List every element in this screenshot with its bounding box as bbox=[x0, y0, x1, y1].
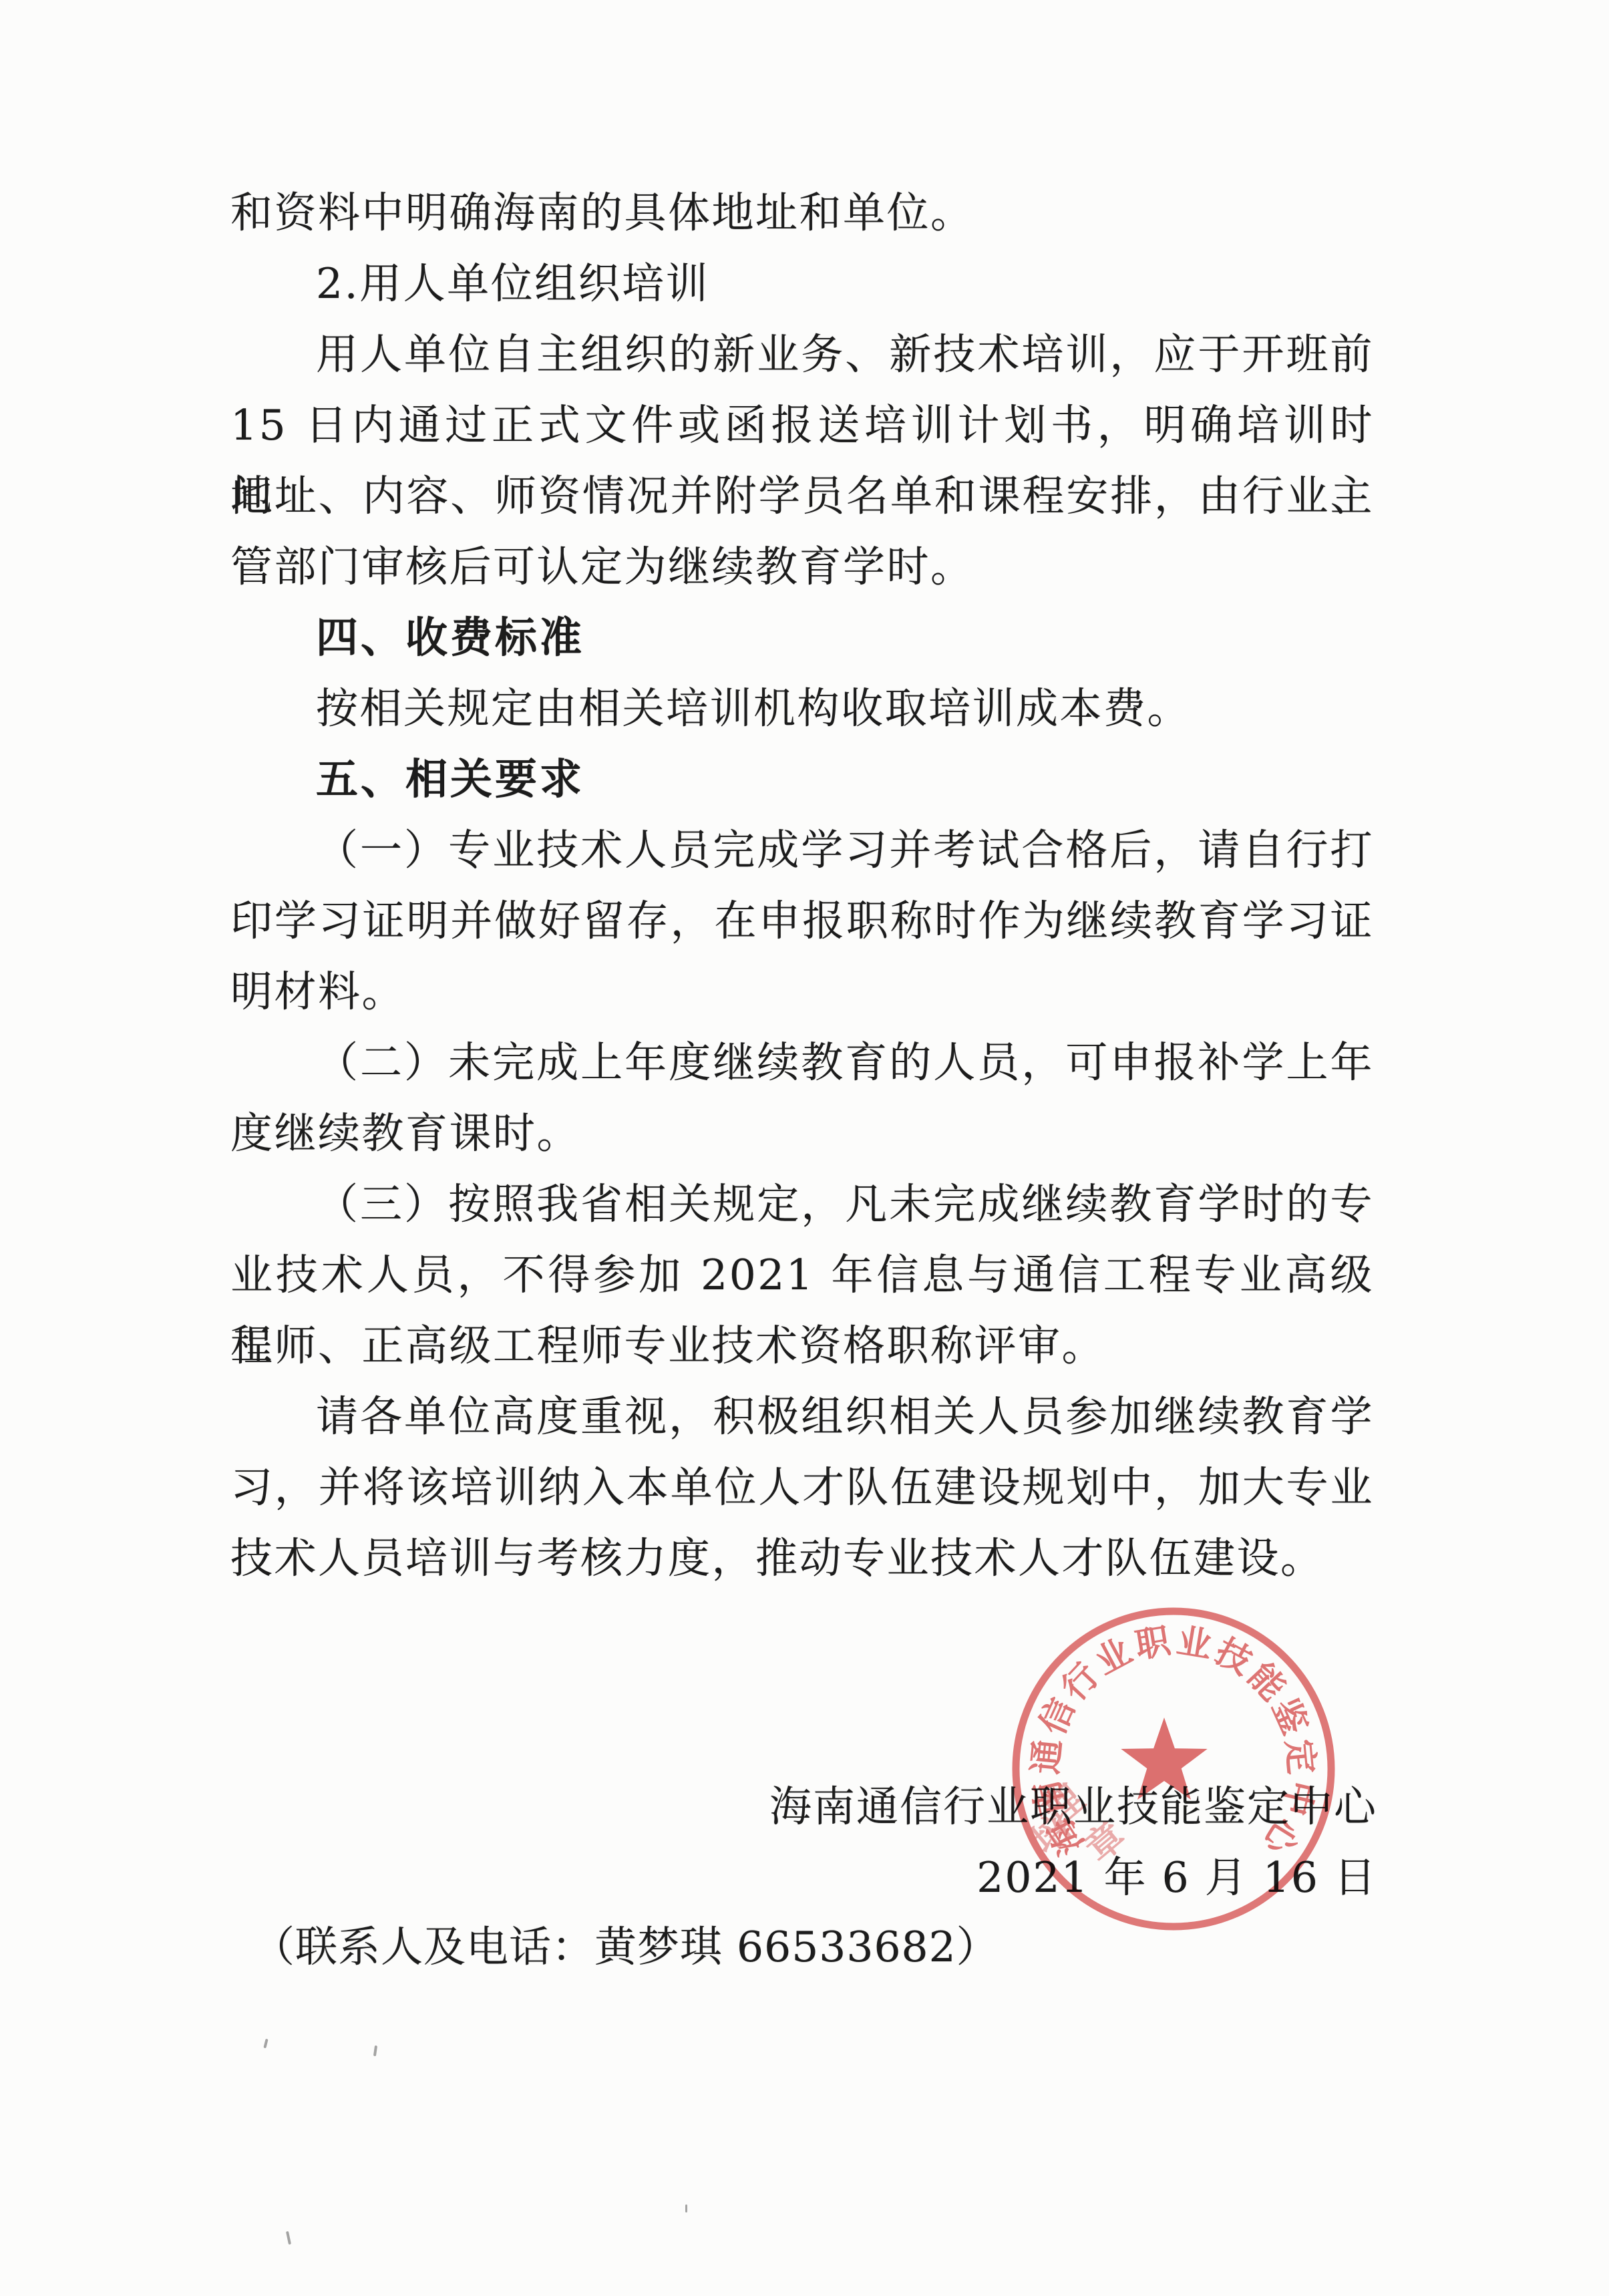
section-heading: 四、收费标准 bbox=[230, 603, 1374, 673]
document-line: （一）专业技术人员完成学习并考试合格后，请自行打 bbox=[230, 815, 1374, 886]
contact-line: （联系人及电话：黄梦琪 66533682） bbox=[252, 1912, 999, 1983]
document-line: （二）未完成上年度继续教育的人员，可申报补学上年 bbox=[230, 1027, 1374, 1098]
official-seal: 海南通信行业职业技能鉴定中心 培理章 bbox=[1007, 1602, 1340, 1936]
document-line: 地址、内容、师资情况并附学员名单和课程安排，由行业主 bbox=[230, 461, 1374, 532]
document-line: 习，并将该培训纳入本单位人才队伍建设规划中，加大专业 bbox=[230, 1452, 1374, 1523]
scanned-document-page: 和资料中明确海南的具体地址和单位。2.用人单位组织培训用人单位自主组织的新业务、… bbox=[0, 0, 1609, 2296]
scan-speck bbox=[685, 2204, 687, 2212]
star-icon bbox=[1121, 1717, 1207, 1800]
svg-text:职: 职 bbox=[1132, 1621, 1174, 1666]
document-line: 度继续教育课时。 bbox=[230, 1098, 1374, 1169]
document-line: 15 日内通过正式文件或函报送培训计划书，明确培训时间、 bbox=[230, 390, 1374, 461]
document-line: 和资料中明确海南的具体地址和单位。 bbox=[230, 178, 1374, 249]
svg-text:心: 心 bbox=[1254, 1811, 1307, 1863]
document-line: 技术人员培训与考核力度，推动专业技术人才队伍建设。 bbox=[230, 1523, 1374, 1594]
document-line: 2.用人单位组织培训 bbox=[230, 249, 1374, 319]
document-line: 按相关规定由相关培训机构收取培训成本费。 bbox=[230, 673, 1374, 744]
document-line: 明材料。 bbox=[230, 957, 1374, 1027]
document-line: 印学习证明并做好留存，在申报职称时作为继续教育学习证 bbox=[230, 886, 1374, 957]
scan-speck bbox=[373, 2045, 377, 2056]
document-line: 程师、正高级工程师专业技术资格职称评审。 bbox=[230, 1311, 1374, 1381]
svg-text:通: 通 bbox=[1026, 1738, 1069, 1776]
document-line: 管部门审核后可认定为继续教育学时。 bbox=[230, 532, 1374, 603]
svg-text:章: 章 bbox=[1077, 1814, 1134, 1871]
scan-speck bbox=[263, 2039, 268, 2049]
svg-text:中: 中 bbox=[1274, 1776, 1320, 1819]
document-line: 用人单位自主组织的新业务、新技术培训，应于开班前 bbox=[230, 319, 1374, 390]
svg-text:业: 业 bbox=[1174, 1621, 1214, 1667]
svg-text:定: 定 bbox=[1278, 1738, 1322, 1776]
document-line: 业技术人员，不得参加 2021 年信息与通信工程专业高级工 bbox=[230, 1240, 1374, 1311]
scan-speck bbox=[286, 2231, 291, 2245]
document-line: （三）按照我省相关规定，凡未完成继续教育学时的专 bbox=[230, 1169, 1374, 1240]
document-line: 请各单位高度重视，积极组织相关人员参加继续教育学 bbox=[230, 1381, 1374, 1452]
document-body: 和资料中明确海南的具体地址和单位。2.用人单位组织培训用人单位自主组织的新业务、… bbox=[230, 178, 1374, 1594]
section-heading: 五、相关要求 bbox=[230, 744, 1374, 815]
